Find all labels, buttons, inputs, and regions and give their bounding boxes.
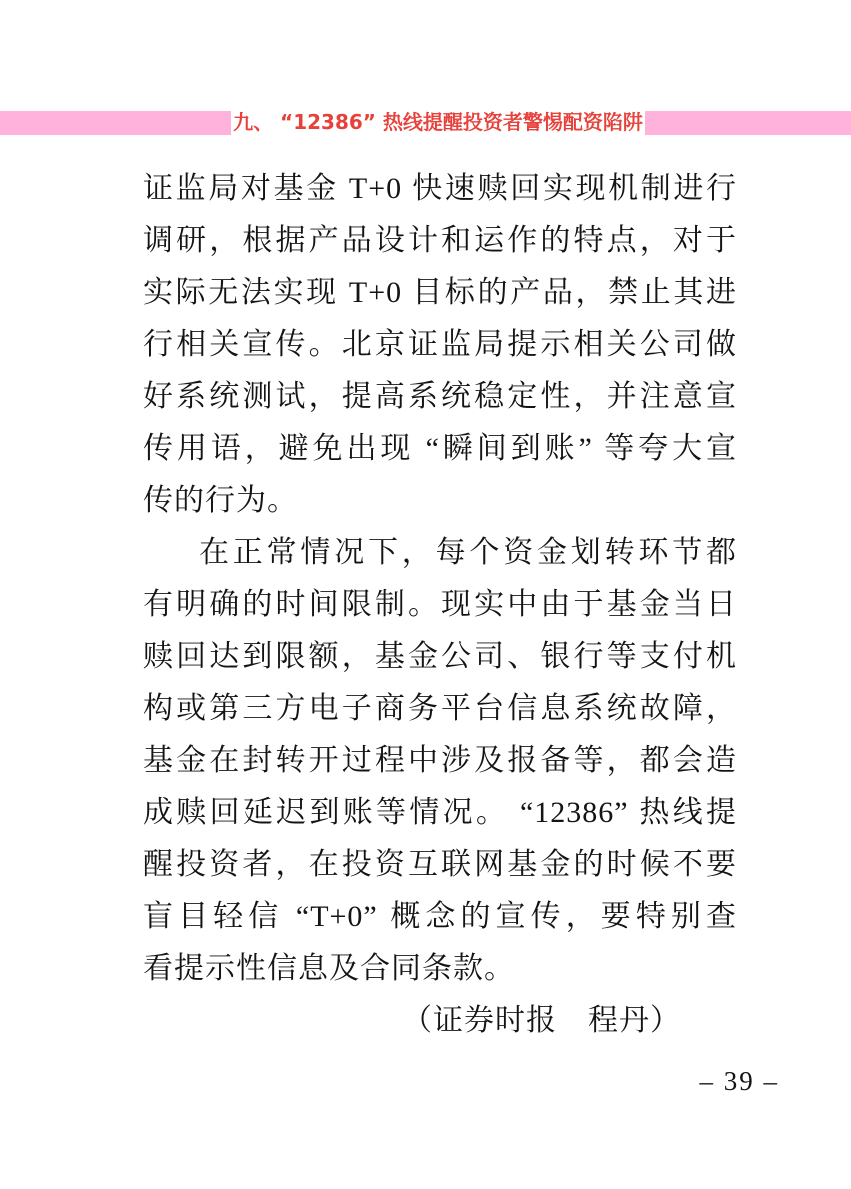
text-line: 看提示性信息及合同条款。 (143, 943, 737, 995)
text-line: 调研，根据产品设计和运作的特点，对于 (143, 215, 737, 267)
text-line: 构或第三方电子商务平台信息系统故障， (143, 683, 737, 735)
page-content: 证监局对基金 T+0 快速赎回实现机制进行 调研，根据产品设计和运作的特点，对于… (143, 163, 737, 1047)
page-number: – 39 – (700, 1066, 780, 1097)
text-line: 传的行为。 (143, 475, 737, 527)
chapter-band-right (645, 111, 851, 135)
text-line: 证监局对基金 T+0 快速赎回实现机制进行 (143, 163, 737, 215)
text-line: 好系统测试，提高系统稳定性，并注意宣 (143, 371, 737, 423)
paragraph-1: 证监局对基金 T+0 快速赎回实现机制进行 调研，根据产品设计和运作的特点，对于… (143, 163, 737, 527)
chapter-band-left (0, 111, 231, 135)
text-line: 有明确的时间限制。现实中由于基金当日 (143, 579, 737, 631)
text-line: 基金在封转开过程中涉及报备等，都会造 (143, 735, 737, 787)
paragraph-2: 在正常情况下，每个资金划转环节都 有明确的时间限制。现实中由于基金当日 赎回达到… (143, 527, 737, 995)
text-line: 实际无法实现 T+0 目标的产品，禁止其进 (143, 267, 737, 319)
text-line: 行相关宣传。北京证监局提示相关公司做 (143, 319, 737, 371)
source-attribution: （证券时报 程丹） (143, 995, 737, 1047)
text-line: 醒投资者，在投资互联网基金的时候不要 (143, 839, 737, 891)
chapter-title: 九、 “12386” 热线提醒投资者警惕配资陷阱 (231, 107, 645, 137)
text-line: 赎回达到限额，基金公司、银行等支付机 (143, 631, 737, 683)
text-line: 在正常情况下，每个资金划转环节都 (143, 527, 737, 579)
text-line: 成赎回延迟到账等情况。 “12386” 热线提 (143, 787, 737, 839)
text-line: 盲目轻信 “T+0” 概念的宣传，要特别查 (143, 891, 737, 943)
text-line: 传用语，避免出现 “瞬间到账” 等夸大宣 (143, 423, 737, 475)
book-page: 九、 “12386” 热线提醒投资者警惕配资陷阱 证监局对基金 T+0 快速赎回… (0, 0, 851, 1189)
